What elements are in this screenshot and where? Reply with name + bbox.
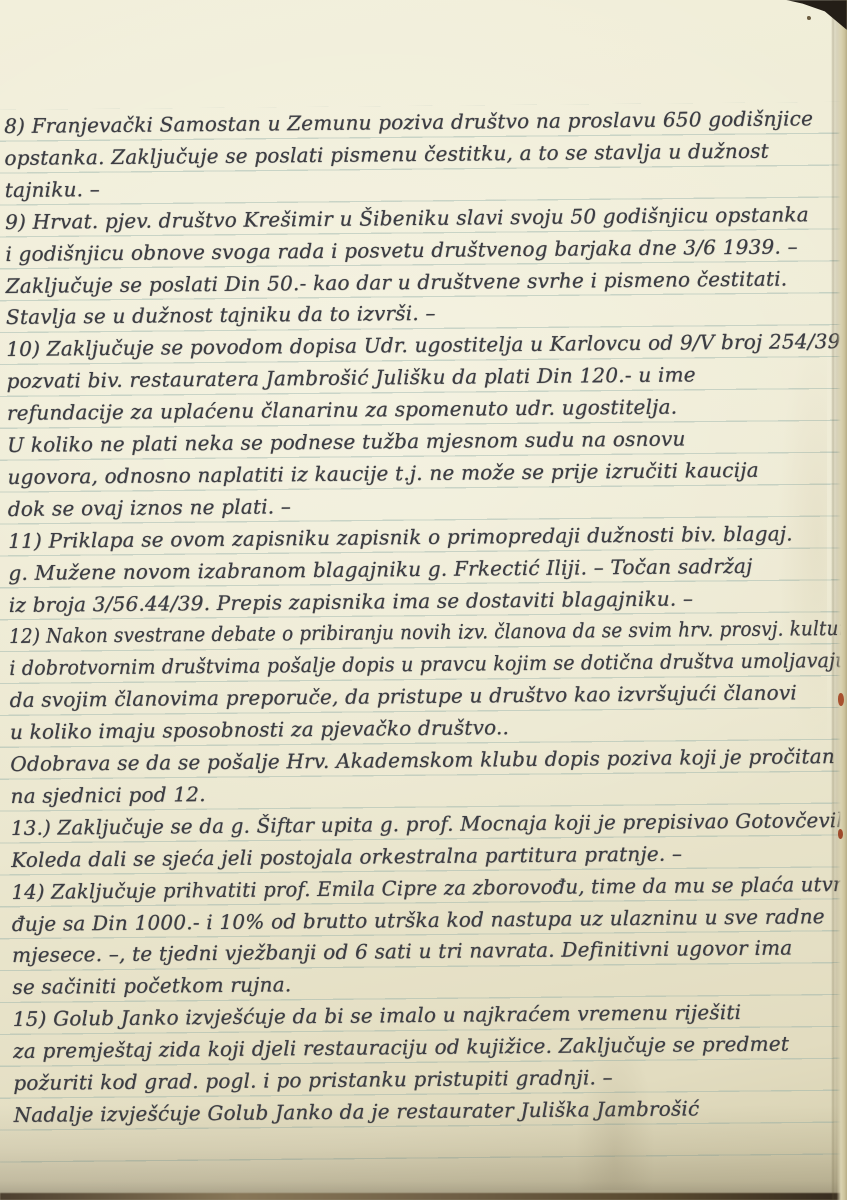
handwritten-line: tajniku. – bbox=[5, 173, 100, 206]
handwritten-line: 13.) Zaključuje se da g. Šiftar upita g.… bbox=[11, 804, 847, 844]
handwritten-line: dok se ovaj iznos ne plati. – bbox=[8, 490, 292, 525]
handwritten-line: za premještaj zida koji djeli restauraci… bbox=[13, 1028, 789, 1067]
handwritten-line: mjesece. –, te tjedni vježbanji od 6 sat… bbox=[12, 932, 793, 971]
scanned-document-photo: 8) Franjevački Samostan u Zemunu poziva … bbox=[0, 0, 847, 1200]
red-ink-spot bbox=[838, 693, 844, 706]
paper-stain bbox=[777, 330, 827, 750]
handwritten-line: da svojim članovima preporuče, da pristu… bbox=[10, 677, 798, 716]
handwritten-line: Zaključuje se poslati Din 50.- kao dar u… bbox=[6, 262, 788, 301]
handwritten-line: Stavlja se u dužnost tajniku da to izvrš… bbox=[6, 297, 436, 333]
handwritten-line: se sačiniti početkom rujna. bbox=[12, 969, 291, 1004]
handwritten-line: ugovora, odnosno naplatiti iz kaucije t.… bbox=[7, 454, 759, 493]
right-page-edge bbox=[831, 0, 847, 1200]
bottom-page-edge bbox=[0, 1193, 847, 1200]
handwriting-layer: 8) Franjevački Samostan u Zemunu poziva … bbox=[2, 102, 847, 1170]
handwritten-line: opstanka. Zaključuje se poslati pismenu … bbox=[4, 135, 769, 174]
paper-speck bbox=[807, 16, 811, 20]
handwritten-line: na sjednici pod 12. bbox=[10, 778, 205, 812]
handwritten-line: 10) Zaključuje se povodom dopisa Udr. ug… bbox=[6, 325, 841, 365]
red-ink-spot bbox=[838, 829, 843, 839]
bottom-shadow bbox=[0, 1105, 847, 1200]
handwritten-line: u koliko imaju sposobnosti za pjevačko d… bbox=[10, 711, 509, 748]
handwritten-line: Odobrava se da se pošalje Hrv. Akademsko… bbox=[10, 740, 835, 780]
